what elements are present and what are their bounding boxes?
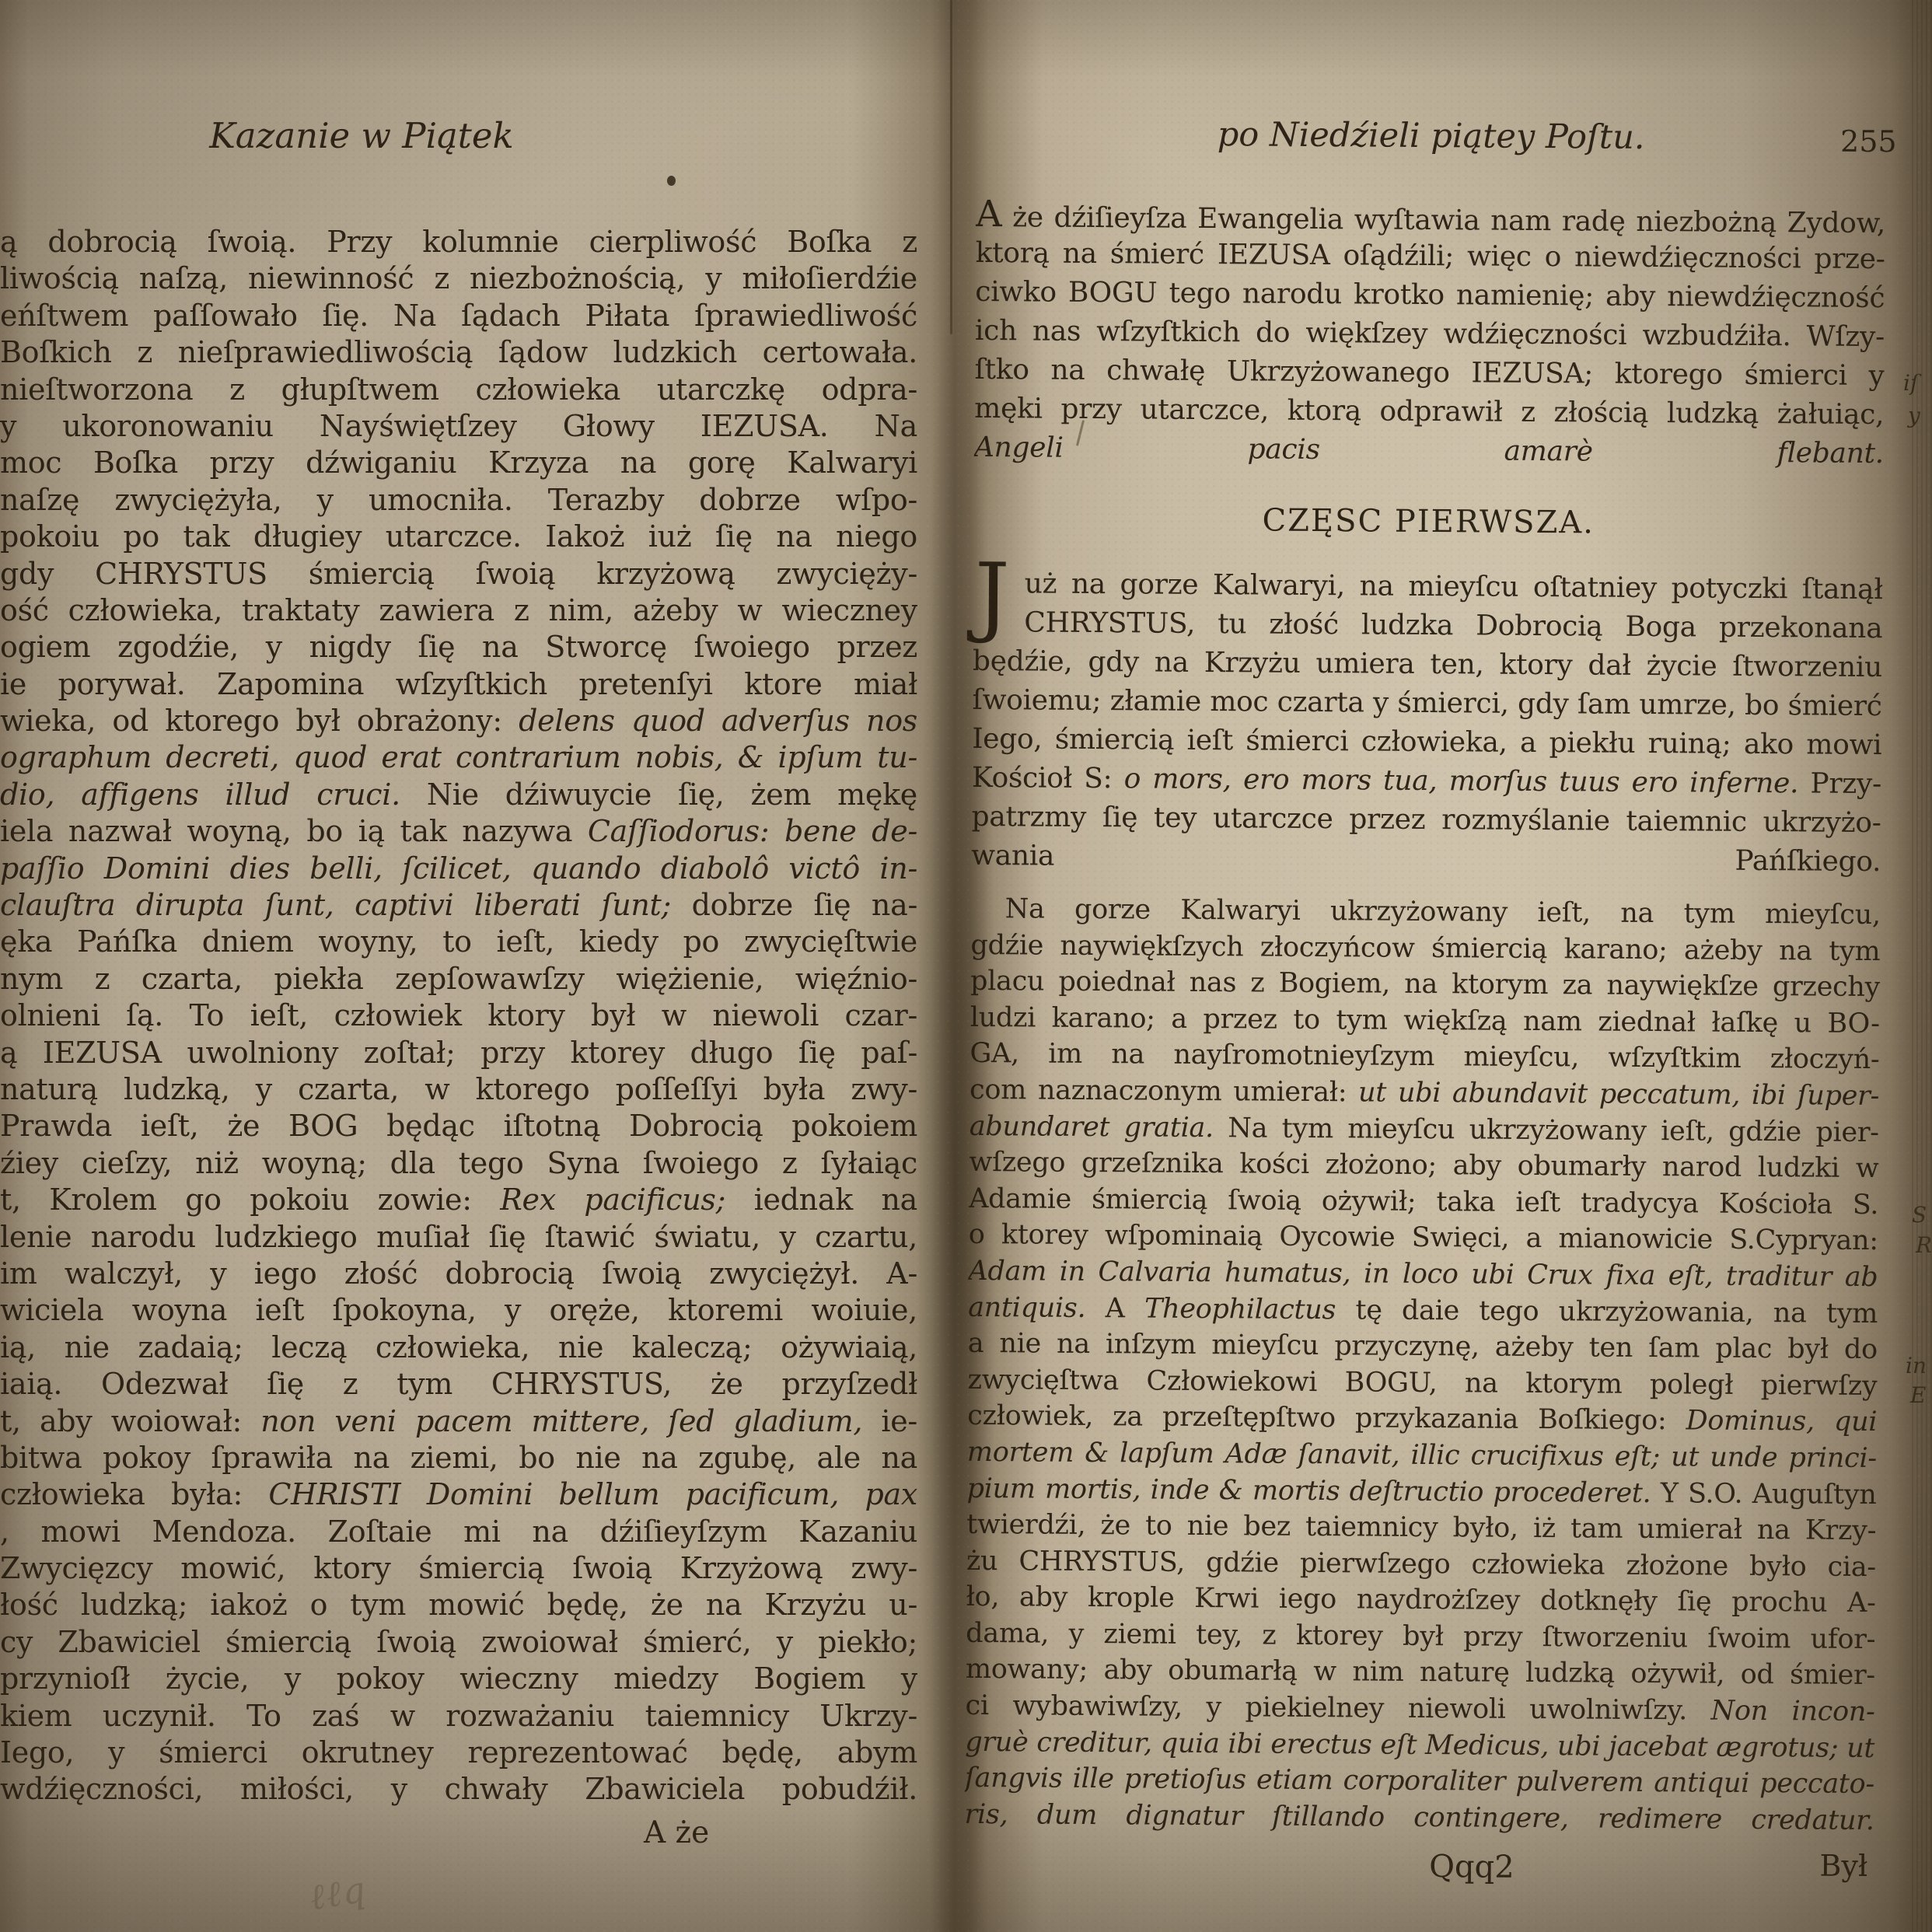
text-line: Boſkich z nieſprawiedliwością ſądow ludz…: [0, 334, 917, 371]
text-segment: Boſkich z nieſprawiedliwością ſądow ludz…: [0, 335, 917, 369]
text-segment: żu CHRYSTUS, gdźie pierwſzego człowieka …: [966, 1546, 1876, 1583]
text-line: dama, y ziemi tey, z ktorey był przy ſtw…: [966, 1616, 1875, 1658]
gutter-fold-line: [950, 0, 952, 334]
text-line: Prawda ieſt, że BOG będąc iſtotną Dobroc…: [0, 1108, 917, 1144]
text-segment: będźie, gdy na Krzyżu umiera ten, ktory …: [973, 645, 1882, 683]
text-segment: olnieni ſą. To ieſt, człowiek ktory był …: [0, 998, 917, 1032]
text-segment: Rex pacificus;: [500, 1183, 725, 1217]
text-line: męki przy utarczce, ktorą odprawił z zło…: [974, 390, 1884, 435]
text-segment: zwycięſtwa Człowiekowi BOGU, na ktorym p…: [967, 1364, 1877, 1402]
text-line: antiquis. A Theophilactus tę daie tego u…: [968, 1289, 1878, 1332]
text-line: ość człowieka, traktaty zawiera z nim, a…: [0, 592, 917, 629]
text-line: ludzi karano; a przez to tym więkſzą nam…: [970, 1000, 1880, 1043]
text-segment: liwością naſzą, niewinność z niezbożnośc…: [0, 261, 917, 295]
text-line: abundaret gratia. Na tym mieyſcu ukrzyżo…: [969, 1108, 1879, 1151]
left-page-text: ą dobrocią ſwoią. Przy kolumnie cierpliw…: [0, 224, 917, 1808]
text-line: ris, dum dignatur ſtillando contingere, …: [964, 1797, 1874, 1839]
right-first-part-paragraph: uż na gorze Kalwaryi, na mieyſcu oſtatni…: [971, 564, 1883, 882]
text-line: nym z czarta, piekła zepſowawſzy więżien…: [0, 961, 917, 997]
text-segment: Adamie śmiercią ſwoią ożywił; taka ieſt …: [969, 1183, 1878, 1221]
text-segment: Adam in Calvaria humatus, in loco ubi Cr…: [968, 1256, 1878, 1293]
page-edge-shadow: [1892, 0, 1932, 1932]
text-segment: delens quod adverſus nos: [519, 704, 917, 738]
text-segment: źiey cieſzy, niż woyną; dla tego Syna ſw…: [0, 1146, 917, 1180]
text-line: Angeli pacis amarè flebant.: [974, 428, 1884, 473]
text-line: ło, aby krople Krwi iego naydrożſzey dot…: [966, 1579, 1875, 1622]
right-page: po Niedźieli piątey Poſtu. 255 A że dźiſ…: [964, 0, 1887, 1932]
text-line: żu CHRYSTUS, gdźie pierwſzego człowieka …: [966, 1543, 1876, 1586]
text-segment: ą IEZUSA uwolniony zoſtał; przy ktorey d…: [0, 1036, 917, 1070]
text-segment: eńſtwem paſſowało ſię. Na ſądach Piłata …: [0, 299, 917, 333]
text-line: ogiem zgodźie, y nigdy ſię na Stworcę ſw…: [0, 629, 917, 666]
text-line: com naznaczonym umierał: ut ubi abundavi…: [969, 1072, 1879, 1115]
text-segment: non veni pacem mittere, ſed gladium,: [260, 1404, 862, 1438]
text-segment: Theophilactus: [1144, 1293, 1336, 1326]
text-segment: przynioſł życie, y pokoy wieczny miedzy …: [0, 1661, 917, 1696]
text-line: ie porywał. Zapomina wſzyſtkich pretenſy…: [0, 666, 917, 703]
pencil-mark: ℓℓq: [306, 1868, 369, 1919]
text-line: a nie na inſzym mieyſcu przyczynę, ażeby…: [968, 1326, 1878, 1368]
open-book-photo: Kazanie w Piątek ą dobrocią ſwoią. Przy …: [0, 0, 1932, 1932]
text-segment: ſwoiemu; złamie moc czarta y śmierci, gd…: [972, 684, 1881, 722]
text-segment: Zwycięzcy mowić, ktory śmiercią ſwoią Kr…: [0, 1551, 917, 1585]
text-line: iela nazwał woyną, bo ią tak nazywa Caſſ…: [0, 813, 917, 850]
text-line: gruè creditur, quia ibi erectus eſt Medi…: [965, 1724, 1874, 1767]
text-segment: moc Boſka przy dźwiganiu Krzyza na gorę …: [0, 445, 917, 480]
text-line: eńſtwem paſſowało ſię. Na ſądach Piłata …: [0, 298, 917, 334]
text-line: mortem & lapſum Adæ ſanavit, illic cruci…: [967, 1434, 1877, 1477]
text-segment: A: [1085, 1292, 1144, 1324]
text-segment: człowiek, za przeſtępſtwo przykazania Bo…: [967, 1400, 1686, 1436]
text-segment: ie-: [862, 1404, 917, 1438]
text-segment: wieka, od ktorego był obrażony:: [0, 704, 519, 738]
text-line: iaią. Odezwał ſię z tym CHRYSTUS, że prz…: [0, 1366, 917, 1403]
text-segment: ie porywał. Zapomina wſzyſtkich pretenſy…: [0, 667, 917, 701]
text-line: człowieka była: CHRISTI Domini bellum pa…: [0, 1476, 917, 1513]
text-segment: antiquis.: [968, 1291, 1085, 1323]
text-line: ktorą na śmierć IEZUSA oſądźili; więc o …: [975, 234, 1885, 279]
text-segment: iaią. Odezwał ſię z tym CHRYSTUS, że prz…: [0, 1367, 917, 1401]
text-segment: dama, y ziemi tey, z ktorey był przy ſtw…: [966, 1618, 1875, 1655]
text-segment: ographum decreti, quod erat contrarium n…: [0, 740, 917, 774]
text-segment: Kościoł S:: [972, 762, 1124, 795]
text-line: nieſtworzona z głupſtwem człowieka utarc…: [0, 372, 917, 408]
right-second-paragraph: Na gorze Kalwaryi ukrzyżowany ieſt, na t…: [964, 891, 1880, 1839]
text-segment: wiciela woyna ieſt ſpokoyna, y oręże, kt…: [0, 1293, 917, 1327]
text-line: , mowi Mendoza. Zoſtaie mi na dźiſieyſzy…: [0, 1514, 917, 1550]
text-segment: Y S.O. Auguſtyn: [1651, 1478, 1876, 1511]
text-line: gdźie naywiękſzych złoczyńcow śmiercią k…: [970, 928, 1880, 970]
text-segment: CHRYSTUS, tu złość ludzka Dobrocią Boga …: [1024, 606, 1882, 645]
text-line: ich nas wſzyſtkich do więkſzey wdźięczno…: [975, 312, 1885, 357]
text-line: CHRYSTUS, tu złość ludzka Dobrocią Boga …: [973, 603, 1882, 648]
text-line: liwością naſzą, niewinność z niezbożnośc…: [0, 260, 917, 297]
left-running-header: Kazanie w Piątek: [109, 115, 614, 156]
text-line: ſwoiemu; złamie moc czarta y śmierci, gd…: [972, 681, 1881, 726]
text-segment: Na gorze Kalwaryi ukrzyżowany ieſt, na t…: [1005, 893, 1881, 931]
text-segment: com naznaczonym umierał:: [969, 1074, 1358, 1108]
text-line: t, aby woiował: non veni pacem mittere, …: [0, 1403, 917, 1440]
text-line: t, Krolem go pokoiu zowie: Rex pacificus…: [0, 1182, 917, 1218]
text-line: uż na gorze Kalwaryi, na mieyſcu oſtatni…: [973, 564, 1883, 610]
text-line: o ktorey wſpominaią Oycowie Swięci, a mi…: [969, 1217, 1878, 1259]
page-number: 255: [1840, 124, 1897, 159]
text-line: ą IEZUSA uwolniony zoſtał; przy ktorey d…: [0, 1035, 917, 1071]
text-segment: a nie na inſzym mieyſcu przyczynę, ażeby…: [968, 1328, 1878, 1365]
text-segment: cy Zbawiciel śmiercią ſwoią zwoiował śmi…: [0, 1625, 917, 1659]
text-segment: człowieka była:: [0, 1477, 268, 1511]
text-segment: tę daie tego ukrzyżowania, na tym: [1336, 1294, 1878, 1329]
text-line: zwycięſtwa Człowiekowi BOGU, na ktorym p…: [967, 1362, 1877, 1405]
paper-hole-speck: [667, 176, 676, 186]
text-segment: ich nas wſzyſtkich do więkſzey wdźięczno…: [975, 315, 1885, 353]
text-line: wſzego grzeſznika kości złożono; aby obu…: [969, 1144, 1878, 1187]
right-page-header: po Niedźieli piątey Poſtu. 255: [976, 114, 1885, 166]
text-segment: ą dobrocią ſwoią. Przy kolumnie cierpliw…: [0, 225, 917, 259]
text-segment: twierdźi, że to nie bez taiemnicy było, …: [966, 1509, 1876, 1546]
text-segment: Angeli pacis amarè flebant.: [974, 431, 1884, 470]
text-line: bitwa pokoy ſprawiła na ziemi, bo nie na…: [0, 1440, 917, 1476]
text-segment: dio, affigens illud cruci.: [0, 777, 400, 812]
text-segment: mowany; aby obumarłą w nim naturę ludzką…: [966, 1654, 1875, 1691]
text-segment: Prawda ieſt, że BOG będąc iſtotną Dobroc…: [0, 1109, 917, 1143]
text-line: ciwko BOGU tego narodu krotko namienię; …: [975, 273, 1885, 318]
text-segment: t, Krolem go pokoiu zowie:: [0, 1183, 500, 1217]
text-segment: ludzi karano; a przez to tym więkſzą nam…: [970, 1002, 1880, 1039]
right-intro-paragraph: A że dźiſieyſza Ewangelia wyſtawia nam r…: [974, 195, 1885, 473]
text-segment: GA, im na nayſromotnieyſzym mieyſcu, wſz…: [969, 1038, 1879, 1075]
text-line: twierdźi, że to nie bez taiemnicy było, …: [966, 1507, 1876, 1549]
text-segment: ſtko na chwałę Ukrzyżowanego IEZUSA; kto…: [974, 354, 1884, 392]
text-segment: bitwa pokoy ſprawiła na ziemi, bo nie na…: [0, 1441, 917, 1475]
left-catchword: A że: [644, 1815, 709, 1850]
text-segment: kiem uczynił. To zaś w rozważaniu taiemn…: [0, 1699, 917, 1733]
text-segment: ris, dum dignatur ſtillando contingere, …: [964, 1799, 1874, 1836]
text-segment: ią, nie zadaią; leczą człowieka, nie kal…: [0, 1330, 917, 1364]
text-line: gdy CHRYSTUS śmiercią ſwoią krzyżową zwy…: [0, 556, 917, 592]
text-segment: nieſtworzona z głupſtwem człowieka utarc…: [0, 372, 917, 407]
text-line: ą dobrocią ſwoią. Przy kolumnie cierpliw…: [0, 224, 917, 260]
text-line: wania Pańſkiego.: [971, 837, 1881, 882]
text-line: wiciela woyna ieſt ſpokoyna, y oręże, kt…: [0, 1292, 917, 1329]
text-line: mowany; aby obumarłą w nim naturę ludzką…: [966, 1651, 1875, 1694]
right-page-footer: Qqq2 Był: [964, 1846, 1874, 1906]
text-segment: ut ubi abundavit peccatum, ibi ſuper-: [1358, 1077, 1879, 1112]
margin-note: S: [1912, 1202, 1927, 1228]
text-segment: naſzę zwyciężyła, y umocniła. Terazby do…: [0, 483, 917, 517]
signature-mark: Qqq2: [1429, 1849, 1515, 1885]
text-segment: Iego, y śmierci okrutney reprezentować b…: [0, 1735, 917, 1770]
text-line: Na gorze Kalwaryi ukrzyżowany ieſt, na t…: [971, 891, 1881, 934]
text-line: Iego, śmiercią ieſt śmierci człowieka, a…: [972, 720, 1881, 765]
text-line: wieka, od ktorego był obrażony: delens q…: [0, 703, 917, 739]
text-line: y ukoronowaniu Nayświętſzey Głowy IEZUSA…: [0, 408, 917, 445]
text-segment: Caſſiodorus: bene de-: [588, 814, 917, 848]
text-line: lenie narodu ludzkiego muſiał ſię ſtawić…: [0, 1219, 917, 1256]
text-line: naturą ludzką, y czarta, w ktorego poſſe…: [0, 1071, 917, 1108]
right-catchword: Był: [1819, 1849, 1867, 1883]
text-line: wdźięczności, miłości, y chwały Zbawicie…: [0, 1771, 917, 1808]
text-segment: ſangvis ille pretioſus etiam corporalite…: [965, 1763, 1874, 1800]
text-line: im walczył, y iego złość dobrocią ſwoią …: [0, 1256, 917, 1292]
text-line: ią, nie zadaią; leczą człowieka, nie kal…: [0, 1329, 917, 1366]
text-line: Zwycięzcy mowić, ktory śmiercią ſwoią Kr…: [0, 1550, 917, 1587]
text-segment: nym z czarta, piekła zepſowawſzy więżien…: [0, 962, 917, 996]
margin-note: y: [1908, 403, 1920, 428]
text-line: dio, affigens illud cruci. Nie dźiwuycie…: [0, 777, 917, 813]
text-segment: CHRISTI Domini bellum pacificum, pax: [268, 1477, 917, 1511]
text-segment: Non incon-: [1710, 1696, 1874, 1728]
text-segment: gruè creditur, quia ibi erectus eſt Medi…: [965, 1727, 1874, 1764]
text-segment: pium mortis, inde & mortis deſtructio pr…: [966, 1473, 1651, 1508]
text-segment: ło, aby krople Krwi iego naydrożſzey dot…: [966, 1581, 1875, 1619]
right-running-header: po Niedźieli piątey Poſtu.: [976, 114, 1886, 159]
text-segment: iela nazwał woyną, bo ią tak nazywa: [0, 814, 588, 848]
text-line: przynioſł życie, y pokoy wieczny miedzy …: [0, 1661, 917, 1697]
text-segment: o ktorey wſpominaią Oycowie Swięci, a mi…: [969, 1219, 1878, 1256]
text-segment: patrzmy ſię tey utarczce przez rozmyślan…: [971, 801, 1881, 839]
text-segment: y ukoronowaniu Nayświętſzey Głowy IEZUSA…: [0, 409, 917, 443]
text-line: A że dźiſieyſza Ewangelia wyſtawia nam r…: [976, 195, 1885, 240]
section-heading: CZĘSC PIERWSZA.: [973, 501, 1883, 543]
text-segment: t, aby woiował:: [0, 1404, 260, 1438]
text-line: clauſtra dirupta ſunt, captivi liberati …: [0, 887, 917, 924]
text-segment: wſzego grzeſznika kości złożono; aby obu…: [969, 1147, 1878, 1184]
text-line: Iego, y śmierci okrutney reprezentować b…: [0, 1735, 917, 1771]
text-line: ſangvis ille pretioſus etiam corporalite…: [965, 1760, 1874, 1803]
text-segment: wdźięczności, miłości, y chwały Zbawicie…: [0, 1772, 917, 1806]
text-line: źiey cieſzy, niż woyną; dla tego Syna ſw…: [0, 1145, 917, 1182]
text-line: ci wybawiwſzy, y piekielney niewoli uwol…: [965, 1688, 1874, 1731]
text-segment: ciwko BOGU tego narodu krotko namienię; …: [975, 276, 1885, 314]
text-segment: clauſtra dirupta ſunt, captivi liberati …: [0, 888, 671, 922]
text-segment: ci wybawiwſzy, y piekielney niewoli uwol…: [965, 1690, 1710, 1727]
text-segment: gdźie naywiękſzych złoczyńcow śmiercią k…: [970, 930, 1880, 967]
text-line: moc Boſka przy dźwiganiu Krzyza na gorę …: [0, 445, 917, 481]
text-segment: Dominus, qui: [1686, 1406, 1877, 1438]
left-page: Kazanie w Piątek ą dobrocią ſwoią. Przy …: [0, 0, 927, 1932]
text-segment: Na tym mieyſcu ukrzyżowany ieſt, gdźie p…: [1214, 1113, 1879, 1148]
text-segment: placu poiednał nas z Bogiem, na ktorym z…: [970, 966, 1880, 1003]
text-line: naſzę zwyciężyła, y umocniła. Terazby do…: [0, 482, 917, 519]
text-segment: dobrze ſię na-: [671, 888, 917, 922]
text-segment: ość człowieka, traktaty zawiera z nim, a…: [0, 593, 917, 627]
text-segment: łość ludzką; iakoż o tym mowić będę, że …: [0, 1588, 917, 1622]
text-segment: lenie narodu ludzkiego muſiał ſię ſtawić…: [0, 1220, 917, 1254]
text-line: Adam in Calvaria humatus, in loco ubi Cr…: [968, 1253, 1878, 1296]
text-line: ſtko na chwałę Ukrzyżowanego IEZUSA; kto…: [974, 351, 1884, 396]
text-segment: o mors, ero mors tua, morſus tuus ero in…: [1124, 763, 1799, 799]
text-segment: Nie dźiwuycie ſię, żem mękę: [400, 777, 917, 812]
text-line: placu poiednał nas z Bogiem, na ktorym z…: [970, 963, 1880, 1006]
text-segment: uż na gorze Kalwaryi, na mieyſcu oſtatni…: [1025, 568, 1883, 606]
text-line: kiem uczynił. To zaś w rozważaniu taiemn…: [0, 1698, 917, 1735]
text-segment: ęka Pańſka dniem woyny, to ieſt, kiedy p…: [0, 924, 917, 959]
text-segment: A: [976, 195, 1002, 236]
text-line: patrzmy ſię tey utarczce przez rozmyślan…: [971, 798, 1881, 843]
text-segment: wania Pańſkiego.: [971, 840, 1881, 878]
text-segment: męki przy utarczce, ktorą odprawił z zło…: [974, 393, 1884, 431]
text-line: Kościoł S: o mors, ero mors tua, morſus …: [972, 759, 1881, 804]
text-segment: iednak na: [725, 1183, 917, 1217]
text-line: człowiek, za przeſtępſtwo przykazania Bo…: [967, 1398, 1877, 1441]
text-segment: Iego, śmiercią ieſt śmierci człowieka, a…: [972, 723, 1881, 761]
text-line: cy Zbawiciel śmiercią ſwoią zwoiował śmi…: [0, 1624, 917, 1661]
text-line: ographum decreti, quod erat contrarium n…: [0, 739, 917, 776]
text-segment: gdy CHRYSTUS śmiercią ſwoią krzyżową zwy…: [0, 557, 917, 591]
margin-note: R: [1916, 1232, 1932, 1258]
text-line: będźie, gdy na Krzyżu umiera ten, ktory …: [973, 642, 1882, 687]
text-segment: Przy-: [1798, 767, 1881, 800]
text-line: ęka Pańſka dniem woyny, to ieſt, kiedy p…: [0, 924, 917, 960]
text-segment: że dźiſieyſza Ewangelia wyſtawia nam rad…: [1001, 201, 1885, 239]
text-line: olnieni ſą. To ieſt, człowiek ktory był …: [0, 997, 917, 1034]
text-segment: ktorą na śmierć IEZUSA oſądźili; więc o …: [976, 237, 1885, 275]
text-line: łość ludzką; iakoż o tym mowić będę, że …: [0, 1587, 917, 1623]
text-segment: mortem & lapſum Adæ ſanavit, illic cruci…: [967, 1437, 1877, 1474]
text-line: Adamie śmiercią ſwoią ożywił; taka ieſt …: [969, 1181, 1878, 1224]
text-segment: im walczył, y iego złość dobrocią ſwoią …: [0, 1256, 917, 1291]
text-line: pium mortis, inde & mortis deſtructio pr…: [966, 1470, 1876, 1513]
text-segment: naturą ludzką, y czarta, w ktorego poſſe…: [0, 1072, 917, 1106]
margin-note: in: [1906, 1353, 1927, 1378]
text-line: GA, im na nayſromotnieyſzym mieyſcu, wſz…: [969, 1036, 1879, 1078]
margin-note: E: [1910, 1382, 1926, 1408]
text-line: paſſio Domini dies belli, ſcilicet, quan…: [0, 851, 917, 887]
text-segment: abundaret gratia.: [969, 1110, 1214, 1143]
text-segment: pokoiu po tak długiey utarczce. Iakoż iu…: [0, 519, 917, 554]
text-line: pokoiu po tak długiey utarczce. Iakoż iu…: [0, 519, 917, 555]
text-segment: paſſio Domini dies belli, ſcilicet, quan…: [0, 851, 917, 886]
text-segment: , mowi Mendoza. Zoſtaie mi na dźiſieyſzy…: [0, 1515, 917, 1549]
text-segment: ogiem zgodźie, y nigdy ſię na Stworcę ſw…: [0, 630, 917, 664]
page-edge-leaves: [1912, 0, 1932, 1932]
margin-note: iſ: [1903, 370, 1918, 396]
